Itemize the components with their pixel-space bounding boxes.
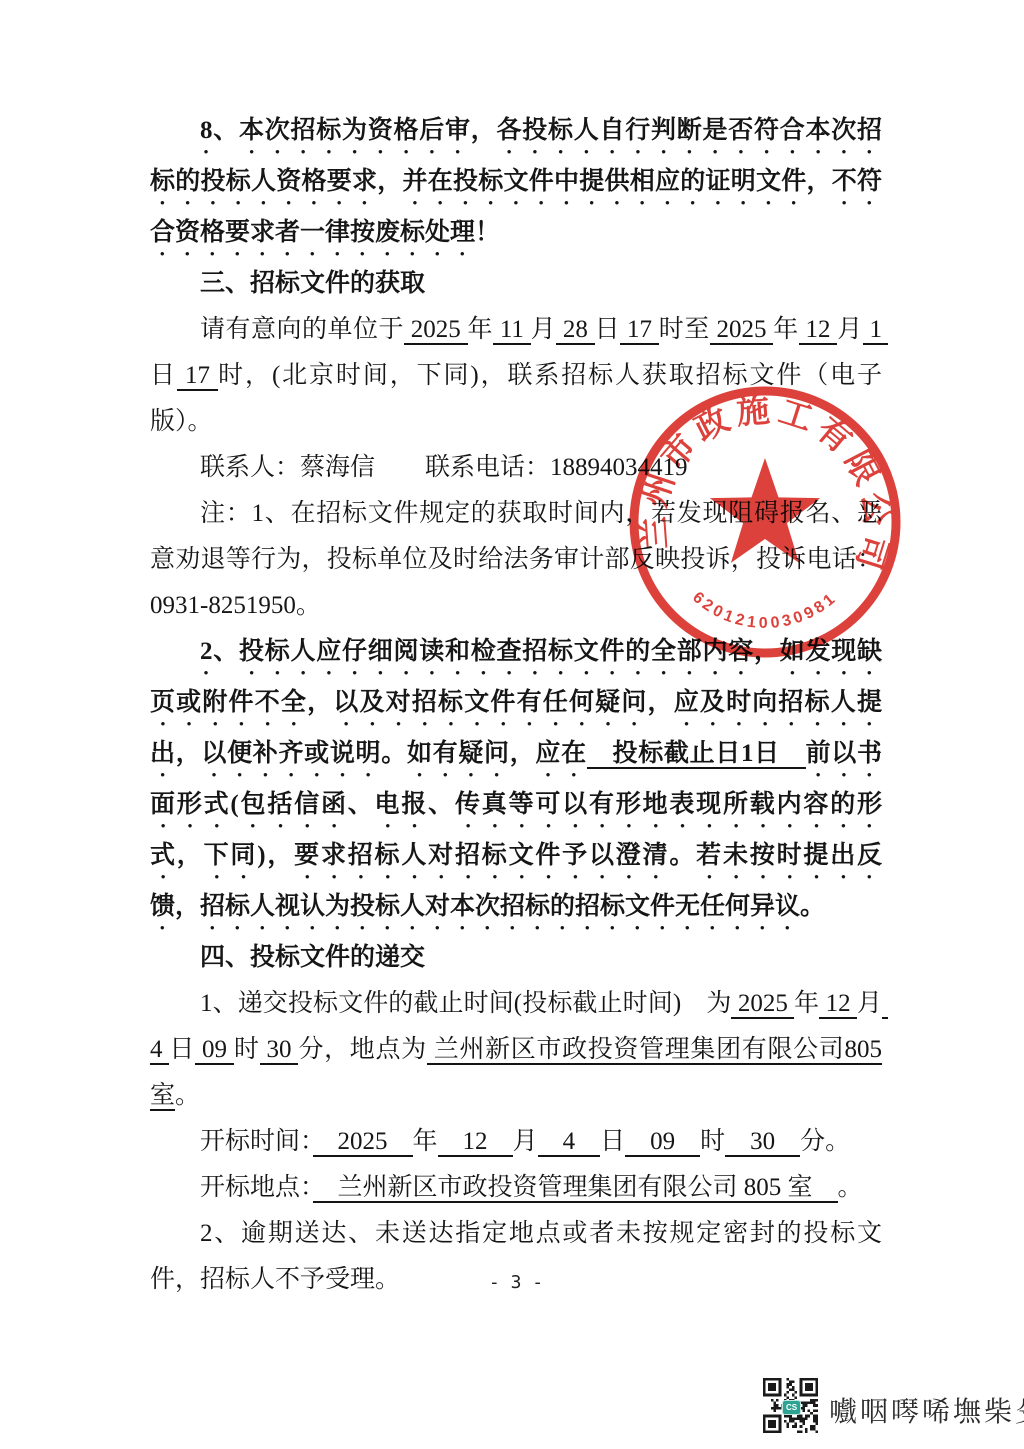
filled-in-blank: 兰州新区市政投资管理集团有限公司 805 室 (313, 1174, 838, 1203)
filled-in-blank: 12 (438, 1128, 513, 1157)
text-run: 月 (837, 316, 863, 343)
filled-in-blank: 09 (625, 1128, 700, 1157)
text-run: 月 (531, 316, 557, 343)
paragraph: 8、本次招标为资格后审，各投标人自行判断是否符合本次招标的投标人资格要求，并在投… (150, 108, 882, 261)
filled-in-blank: 12 (799, 316, 838, 345)
page-number: - 3 - (150, 1272, 882, 1293)
text-run: 时，(北京时间，下同)，联系招标人获取招标文件（电子版）。 (150, 362, 882, 435)
filled-in-blank: 17 (177, 362, 218, 391)
paragraph: 2、投标人应仔细阅读和检查招标文件的全部内容，如发现缺页或附件不全，以及对招标文… (150, 629, 882, 935)
paragraph: 开标地点： 兰州新区市政投资管理集团有限公司 805 室 。 (150, 1165, 882, 1211)
text-run: 日 (150, 362, 177, 389)
text-run: 时 (700, 1128, 725, 1155)
section-heading: 三、招标文件的获取 (150, 261, 882, 307)
qr-center-badge: CS (782, 1400, 801, 1415)
text-run: 年 (794, 990, 819, 1017)
filled-in-blank: 2025 (710, 316, 774, 345)
text-run: 月 (857, 990, 882, 1017)
qr-code: CS (763, 1378, 818, 1433)
text-run: 8、本次招标为资格后审，各投标人自行判断是否符合本次招标的投标人资格要求，并在投… (150, 117, 882, 246)
watermark-scrambled-text: 嚱咽噖唏墲柴殳判 (829, 1390, 1024, 1430)
text-run: 时 (234, 1036, 260, 1063)
paragraph: 联系人：蔡海信 联系电话：18894034419 (150, 445, 882, 491)
text-run: 月 (513, 1128, 538, 1155)
filled-in-blank: 2025 (731, 990, 794, 1019)
text-run: 开标时间： (200, 1128, 313, 1155)
paragraph: 开标时间： 2025 年 12 月 4 日 09 时 30 分。 (150, 1119, 882, 1165)
filled-in-blank: 11 (493, 316, 531, 345)
filled-in-blank: 投标截止日1日 (587, 740, 806, 769)
text-run: 。 (175, 1082, 200, 1109)
filled-in-blank: 2025 (404, 316, 468, 345)
filled-in-blank: 4 (538, 1128, 601, 1157)
filled-in-blank: 09 (195, 1036, 234, 1065)
section-heading: 四、投标文件的递交 (150, 935, 882, 981)
paragraph: 1、递交投标文件的截止时间(投标截止时间) 为 2025 年 12 月 4 日 … (150, 981, 882, 1119)
filled-in-blank: 17 (620, 316, 659, 345)
paragraph: 请有意向的单位于 2025 年 11 月 28 日 17 时至 2025 年 1… (150, 307, 882, 445)
scanned-tender-document-page: { "document": { "blocks": [ {"type":"par… (0, 0, 1024, 1449)
filled-in-blank: 30 (725, 1128, 800, 1157)
text-run: 日 (595, 316, 621, 343)
text-run: 日 (600, 1128, 625, 1155)
text-run: 年 (468, 316, 494, 343)
filled-in-blank: 30 (260, 1036, 299, 1065)
paragraph: 注：1、在招标文件规定的获取时间内，若发现阻碍报名、恶意劝退等行为，投标单位及时… (150, 491, 882, 629)
filled-in-blank: 1 (863, 316, 889, 345)
text-run: 注：1、在招标文件规定的获取时间内，若发现阻碍报名、恶意劝退等行为，投标单位及时… (150, 500, 882, 619)
text-run: 日 (169, 1036, 195, 1063)
text-run: 年 (413, 1128, 438, 1155)
text-run: 1、递交投标文件的截止时间(投标截止时间) 为 (200, 990, 731, 1017)
text-run: 四、投标文件的递交 (200, 944, 425, 971)
text-run: 请有意向的单位于 (200, 316, 404, 343)
text-run: 分，地点为 (298, 1036, 426, 1063)
text-run: 。 (838, 1174, 863, 1201)
document-body: 8、本次招标为资格后审，各投标人自行判断是否符合本次招标的投标人资格要求，并在投… (150, 108, 882, 1303)
text-run: 三、招标文件的获取 (200, 270, 425, 297)
text-run: 分。 (800, 1128, 850, 1155)
filled-in-blank: 2025 (313, 1128, 413, 1157)
filled-in-blank: 28 (556, 316, 595, 345)
text-run: 开标地点： (200, 1174, 313, 1201)
text-run: 年 (773, 316, 799, 343)
text-run: 时至 (659, 316, 710, 343)
filled-in-blank: 12 (819, 990, 857, 1019)
text-run: 联系人：蔡海信 联系电话：18894034419 (200, 454, 688, 481)
